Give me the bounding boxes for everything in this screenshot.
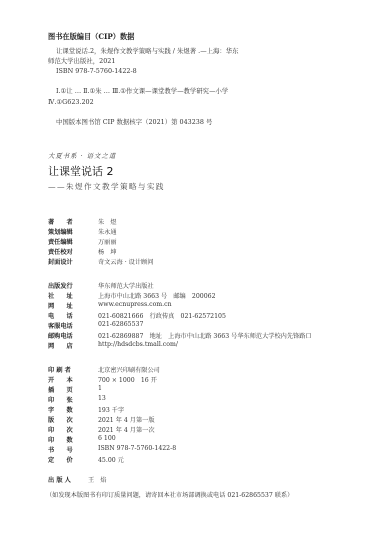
print-value: 北京密兴印刷有限公司 [98,365,160,374]
print-label: 版 次 [48,415,84,424]
publisher-person-value: 王 焰 [88,475,107,484]
cip-number: 中国版本图书馆 CIP 数据核字（2021）第 043238 号 [56,117,212,126]
quality-notice: （如发现本版图书有印订质量问题，请寄回本社市场部调换或电话 021-628655… [46,490,293,499]
credit-value: 奇文云海 · 设计顾问 [98,257,153,266]
publisher-person-label: 出 版 人 [48,475,84,484]
cip-entry-line1: 让课堂说话.2，朱煜作文教学策略与实践 / 朱煜著 .—上海：华东 [56,46,239,55]
credit-value: 杨 坤 [98,247,117,256]
credit-label: 责任编辑 [48,237,84,246]
print-value: 13 [98,395,106,402]
print-value: 1 [98,385,102,392]
cip-classification-line2: Ⅳ.①G623.202 [48,98,94,106]
print-label: 开 本 [48,375,84,384]
credit-value: 朱 煜 [98,217,117,226]
cip-isbn: ISBN 978-7-5760-1422-8 [56,67,137,75]
book-subtitle: ——朱煜作文教学策略与实践 [48,181,165,192]
book-title: 让课堂说话 2 [48,163,114,179]
cip-classification-line1: Ⅰ.①让 … Ⅱ.①朱 … Ⅲ.①作文课—课堂教学—教学研究—小学 [56,86,228,95]
print-label: 书 号 [48,445,84,454]
publisher-store-link[interactable]: http://hdsdcbs.tmall.com/ [98,341,178,348]
print-value: 6 100 [98,435,116,442]
cip-entry-line2: 师范大学出版社，2021 [48,56,115,65]
cip-heading: 图书在版编目（CIP）数据 [48,32,134,42]
publisher-value: 上海市中山北路 3663 号 邮编 200062 [98,291,216,300]
print-value: 193 千字 [98,405,124,414]
publisher-label: 电 话 [48,311,84,320]
publisher-value: 华东师范大学出版社 [98,281,154,290]
publisher-label: 客服电话 [48,321,84,330]
print-value: 2021 年 4 月第一次 [98,425,155,434]
credit-value: 万丽丽 [98,237,117,246]
publisher-label: 邮购电话 [48,331,84,340]
print-value: 2021 年 4 月第一版 [98,415,155,424]
publisher-label: 社 址 [48,291,84,300]
publisher-value: 021-62869887 地址 上海市中山北路 3663 号华东师范大学校内先锋… [98,331,312,340]
publisher-value: 021-60821666 行政传真 021-62572105 [98,311,226,320]
publisher-label: 网 店 [48,341,84,350]
print-value: 45.00 元 [98,455,124,464]
credit-value: 朱永通 [98,227,117,236]
print-label: 定 价 [48,455,84,464]
print-label: 印 次 [48,425,84,434]
publisher-label: 网 址 [48,301,84,310]
credit-label: 责任校对 [48,247,84,256]
print-label: 印 数 [48,435,84,444]
publisher-value: 021-62865537 [98,321,143,328]
copyright-page: 图书在版编目（CIP）数据 让课堂说话.2，朱煜作文教学策略与实践 / 朱煜著 … [0,0,375,548]
print-label: 印 刷 者 [48,365,84,374]
credit-label: 著 者 [48,217,84,226]
print-label: 插 页 [48,385,84,394]
print-label: 字 数 [48,405,84,414]
credit-label: 策划编辑 [48,227,84,236]
credit-label: 封面设计 [48,257,84,266]
series-name: 大夏书系 · 语文之道 [48,151,116,160]
print-value: 700 × 1000 16 开 [98,375,157,384]
print-label: 印 张 [48,395,84,404]
print-value: ISBN 978-7-5760-1422-8 [98,445,176,452]
publisher-label: 出版发行 [48,281,84,290]
publisher-website-link[interactable]: www.ecnupress.com.cn [98,301,172,308]
